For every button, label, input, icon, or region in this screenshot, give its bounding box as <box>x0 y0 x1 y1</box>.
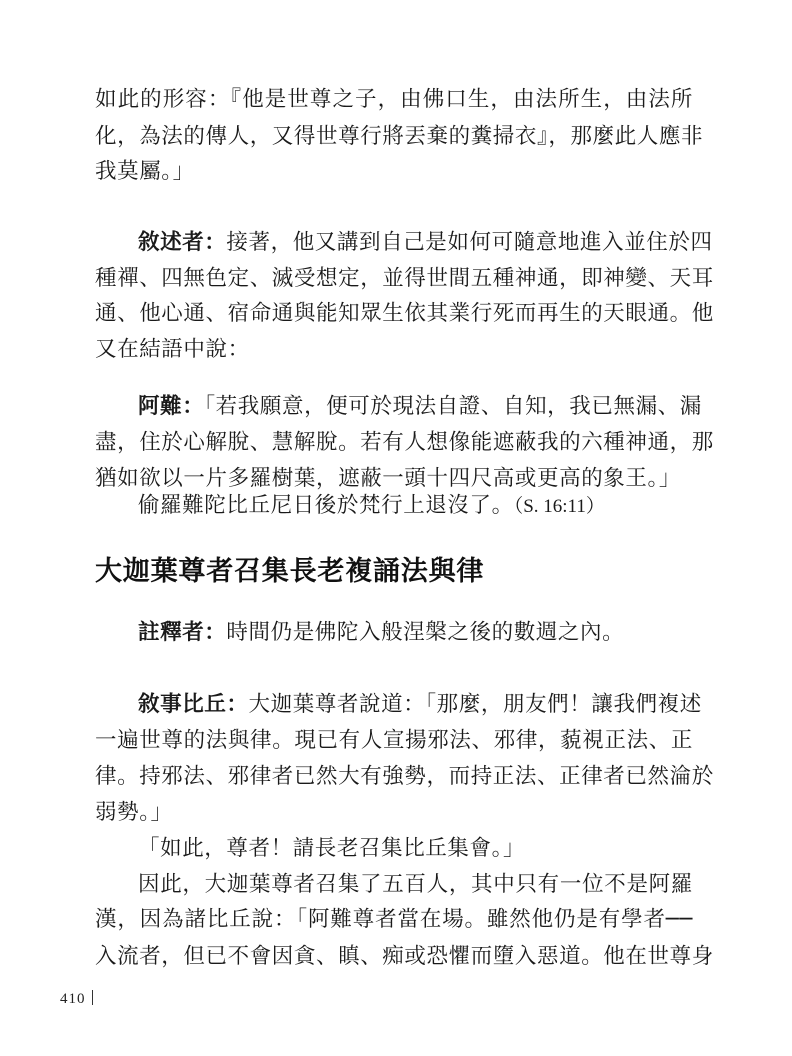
body-text: 偷羅難陀比丘尼日後於梵行上退沒了。 <box>138 493 514 518</box>
body-line: 盡，住於心解脫、慧解脫。若有人想像能遮蔽我的六種神通，那 <box>95 425 693 461</box>
narrator-paragraph-first-line: 敘述者：接著，他又講到自己是如何可隨意地進入並住於四 <box>138 225 693 261</box>
body-line: 一遍世尊的法與律。現已有人宣揚邪法、邪律，藐視正法、正 <box>95 723 693 759</box>
body-line: 化，為法的傳人，又得世尊行將丟棄的糞掃衣』，那麼此人應非 <box>95 119 693 155</box>
speaker-label: 註釋者： <box>138 620 226 645</box>
body-text: 接著，他又講到自己是如何可隨意地進入並住於四 <box>226 230 712 255</box>
reply-line: 「如此，尊者！請長老召集比丘集會。」 <box>138 831 693 867</box>
body-line: 如此的形容：『他是世尊之子，由佛口生，由法所生，由法所 <box>95 82 693 118</box>
assembly-paragraph-first-line: 因此，大迦葉尊者召集了五百人，其中只有一位不是阿羅 <box>138 867 693 903</box>
body-text: 「若我願意，便可於現法自證、自知，我已無漏、漏 <box>204 394 702 419</box>
body-line: 又在結語中說： <box>95 332 693 368</box>
commentator-line: 註釋者：時間仍是佛陀入般涅槃之後的數週之內。 <box>138 615 693 651</box>
folio-divider <box>92 990 93 1005</box>
body-line: 漢，因為諸比丘說：「阿難尊者當在場。雖然他仍是有學者── <box>95 902 693 938</box>
body-text: 時間仍是佛陀入般涅槃之後的數週之內。 <box>226 620 624 645</box>
bhikkhu-paragraph-first-line: 敘事比丘：大迦葉尊者說道：「那麼，朋友們！讓我們複述 <box>138 687 693 723</box>
body-line: 入流者，但已不會因貪、瞋、痴或恐懼而墮入惡道。他在世尊身 <box>95 939 693 975</box>
section-heading: 大迦葉尊者召集長老複誦法與律 <box>95 552 484 592</box>
body-line: 通、他心通、宿命通與能知眾生依其業行死而再生的天眼通。他 <box>95 296 693 332</box>
tulla-line: 偷羅難陀比丘尼日後於梵行上退沒了。（S. 16:11） <box>138 488 693 524</box>
body-line: 律。持邪法、邪律者已然大有強勢，而持正法、正律者已然淪於 <box>95 759 693 795</box>
page-number: 410 <box>60 990 93 1008</box>
sutta-citation: （S. 16:11） <box>514 496 605 517</box>
page-number-text: 410 <box>60 991 86 1007</box>
speaker-label: 敘述者： <box>138 230 226 255</box>
speaker-label: 阿難： <box>138 394 204 419</box>
speaker-label: 敘事比丘： <box>138 692 249 717</box>
body-text: 大迦葉尊者說道：「那麼，朋友們！讓我們複述 <box>249 692 702 717</box>
body-line: 弱勢。」 <box>95 795 693 831</box>
body-line: 我莫屬。」 <box>95 154 693 190</box>
ananda-paragraph-first-line: 阿難：「若我願意，便可於現法自證、自知，我已無漏、漏 <box>138 389 693 425</box>
body-line: 種禪、四無色定、滅受想定，並得世間五種神通，即神變、天耳 <box>95 261 693 297</box>
